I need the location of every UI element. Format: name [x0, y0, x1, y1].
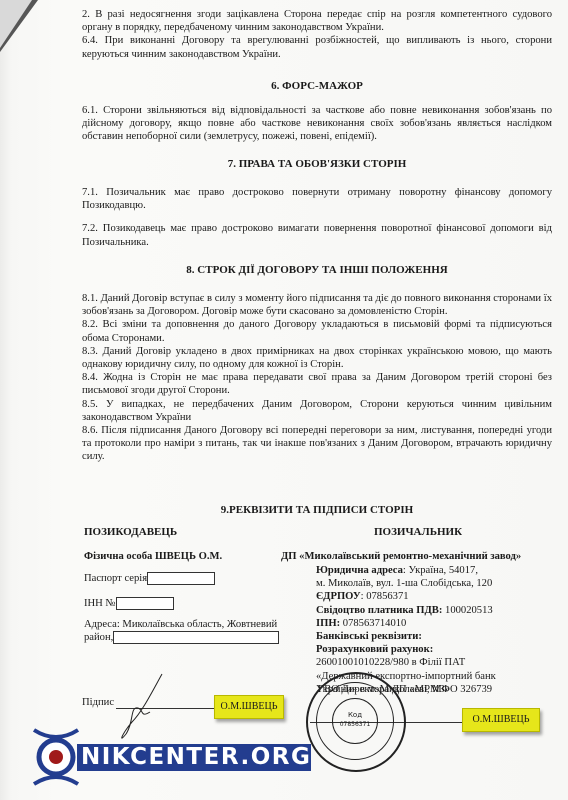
- legal-address-label: Юридична адреса: [316, 565, 403, 576]
- clause-6-3: 2. В разі недосягнення згоди зацікавлена…: [82, 8, 552, 34]
- inn-label: ІНН №: [84, 598, 116, 609]
- nikcenter-watermark: NIKCENTER.ORG: [32, 738, 302, 780]
- clause-8-4: 8.4. Жодна із Сторін не має права переда…: [82, 371, 552, 397]
- passport-label: Паспорт серія: [84, 573, 147, 584]
- legal-address-value: : Україна, 54017,: [403, 565, 478, 576]
- signature-label: Підпис: [82, 697, 114, 708]
- address-line-1: Адреса: Миколаївська область, Жовтневий: [84, 618, 279, 631]
- clause-6-4: 6.4. При виконанні Договору та врегулюва…: [82, 34, 552, 60]
- clause-8-3: 8.3. Даний Договір укладено в двох примі…: [82, 345, 552, 371]
- lender-name-highlight: О.М.ШВЕЦЬ: [214, 695, 284, 719]
- stamp-code-label: Код: [333, 711, 377, 720]
- clause-8-5: 8.5. У випадках, не передбачених Даним Д…: [82, 398, 552, 424]
- vat-label: Свідоцтво платника ПДВ:: [316, 605, 442, 616]
- address-line-2-label: район,: [84, 632, 113, 643]
- address-field[interactable]: [113, 631, 279, 644]
- lender-name: Фізична особа ШВЕЦЬ О.М.: [84, 551, 222, 562]
- passport-field[interactable]: [147, 572, 215, 585]
- lender-heading: ПОЗИКОДАВЕЦЬ: [84, 526, 177, 538]
- vat-value: 100020513: [442, 605, 492, 616]
- section-7-body: 7.1. Позичальник має право достроково по…: [82, 186, 552, 249]
- section-title-6: 6. ФОРС-МАЖОР: [82, 80, 552, 92]
- clause-7-1: 7.1. Позичальник має право достроково по…: [82, 186, 552, 212]
- eye-logo-icon: [32, 728, 80, 786]
- passport-row: Паспорт серія: [84, 572, 215, 585]
- document-page: 2. В разі недосягнення згоди зацікавлена…: [0, 0, 568, 800]
- clause-8-2: 8.2. Всі зміни та доповнення до даного Д…: [82, 318, 552, 344]
- watermark-text: NIKCENTER.ORG: [77, 744, 311, 771]
- section-6-body: 6.1. Сторони звільняються від відповідал…: [82, 104, 552, 144]
- clause-8-1: 8.1. Даний Договір вступає в силу з моме…: [82, 292, 552, 318]
- company-stamp: Код 07856371: [306, 672, 406, 772]
- borrower-name: ДП «Миколаївський ремонтно-механічний за…: [281, 551, 521, 562]
- borrower-heading: ПОЗИЧАЛЬНИК: [374, 526, 462, 538]
- inn-field[interactable]: [116, 597, 174, 610]
- bank-label: Банківські реквізити:: [316, 630, 496, 643]
- account-line-1: 26001001010228/980 в Філії ПАТ: [316, 656, 496, 669]
- section-title-7: 7. ПРАВА ТА ОБОВ'ЯЗКИ СТОРІН: [82, 158, 552, 170]
- section-title-9: 9.РЕКВІЗИТИ ТА ПІДПИСИ СТОРІН: [82, 504, 552, 516]
- account-label: Розрахунковий рахунок:: [316, 643, 496, 656]
- edrpou-label: ЄДРПОУ: [316, 591, 361, 602]
- borrower-name-highlight: О.М.ШВЕЦЬ: [462, 708, 540, 732]
- section-title-8: 8. СТРОК ДІЇ ДОГОВОРУ ТА ІНШІ ПОЛОЖЕННЯ: [82, 264, 552, 276]
- clause-6-1: 6.1. Сторони звільняються від відповідал…: [82, 104, 552, 144]
- stamp-code-value: 07856371: [333, 720, 377, 729]
- page-fold-corner-inner: [0, 0, 32, 48]
- edrpou-value: : 07856371: [361, 591, 409, 602]
- inn-row: ІНН №: [84, 597, 174, 610]
- clause-8-6: 8.6. Після підписання Даного Договору вс…: [82, 424, 552, 464]
- ipn-label: ІПН:: [316, 618, 340, 629]
- section-8-body: 8.1. Даний Договір вступає в силу з моме…: [82, 292, 552, 464]
- clause-7-2: 7.2. Позикодавець має право достроково в…: [82, 222, 552, 248]
- handwritten-signature-icon: [112, 672, 172, 742]
- ipn-value: 078563714010: [340, 618, 406, 629]
- address-line-2: м. Миколаїв, вул. 1-ша Слобідська, 120: [316, 577, 496, 590]
- stamp-inner-ring: Код 07856371: [332, 698, 378, 744]
- top-clauses: 2. В разі недосягнення згоди зацікавлена…: [82, 8, 552, 61]
- address-block: Адреса: Миколаївська область, Жовтневий …: [84, 618, 279, 644]
